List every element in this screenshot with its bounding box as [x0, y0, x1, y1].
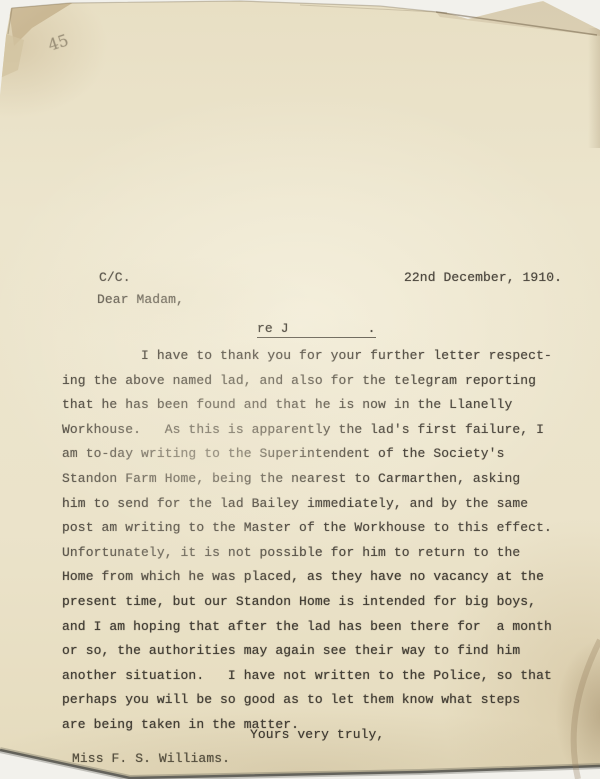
body-line: or so, the authorities may again see the…: [62, 639, 552, 664]
scanned-letter-scene: 45 C/C. 22nd December, 1910. Dear Madam,…: [0, 0, 600, 779]
body-line: him to send for the lad Bailey immediate…: [62, 492, 552, 517]
body-line: Workhouse. As this is apparently the lad…: [62, 418, 552, 443]
body-line: post am writing to the Master of the Wor…: [62, 516, 552, 541]
body-line: Standon Farm Home, being the nearest to …: [62, 467, 552, 492]
subject-line: re J .: [257, 321, 376, 338]
body-line: ing the above named lad, and also for th…: [62, 369, 552, 394]
letter-body: I have to thank you for your further let…: [62, 344, 552, 738]
closing: Yours very truly,: [250, 727, 384, 742]
letter-paper: 45 C/C. 22nd December, 1910. Dear Madam,…: [0, 0, 600, 779]
paper-edge-shading: [588, 28, 600, 148]
body-line: I have to thank you for your further let…: [62, 344, 552, 369]
body-line: am to-day writing to the Superintendent …: [62, 442, 552, 467]
body-line: Unfortunately, it is not possible for hi…: [62, 541, 552, 566]
body-line: and I am hoping that after the lad has b…: [62, 615, 552, 640]
signature: Miss F. S. Williams.: [72, 751, 230, 766]
date-line: 22nd December, 1910.: [404, 270, 562, 285]
body-line: that he has been found and that he is no…: [62, 393, 552, 418]
body-line: Home from which he was placed, as they h…: [62, 565, 552, 590]
cc-mark: C/C.: [99, 270, 131, 285]
salutation: Dear Madam,: [97, 292, 184, 307]
body-line: present time, but our Standon Home is in…: [62, 590, 552, 615]
body-line: another situation. I have not written to…: [62, 664, 552, 689]
body-line: perhaps you will be so good as to let th…: [62, 688, 552, 713]
pencil-annotation: 45: [46, 30, 71, 54]
fold-shading-top-right: [0, 0, 600, 50]
